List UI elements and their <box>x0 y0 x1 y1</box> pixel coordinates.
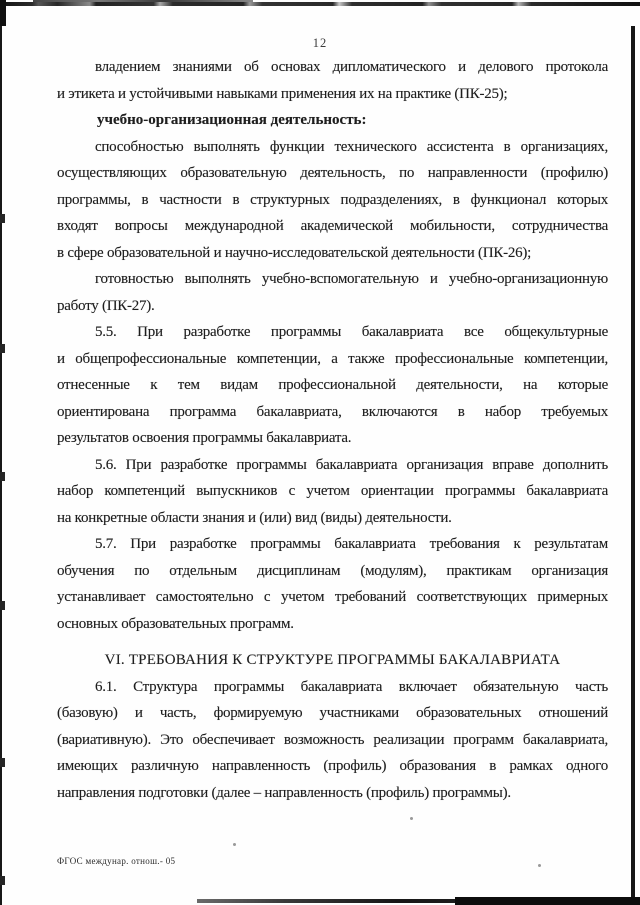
footer-note: ФГОС междунар. отнош.- 05 <box>57 856 175 866</box>
paragraph: 5.7. При разработке программы бакалавриа… <box>57 531 608 637</box>
paragraph: 5.6. При разработке программы бакалавриа… <box>57 452 608 532</box>
bold-subheading: учебно-организационная деятельность: <box>57 107 608 134</box>
scan-speck <box>233 843 236 846</box>
text-line: осуществляющих образовательную деятельно… <box>57 160 608 187</box>
scan-speck <box>410 817 413 820</box>
paragraph: 6.1. Структура программы бакалавриата вк… <box>57 674 608 807</box>
text-line: входят вопросы международной академическ… <box>57 213 608 240</box>
text-line: 5.5. При разработке программы бакалавриа… <box>57 319 608 346</box>
text-line: направления подготовки (далее – направле… <box>57 780 608 807</box>
scan-mark <box>0 472 5 481</box>
text-line: готовностью выполнять учебно-вспомогател… <box>57 266 608 293</box>
paragraph: способностью выполнять функции техническ… <box>57 134 608 267</box>
text-line: способностью выполнять функции техническ… <box>57 134 608 161</box>
paragraph: владением знаниями об основах дипломатич… <box>57 54 608 107</box>
paragraph: 5.5. При разработке программы бакалавриа… <box>57 319 608 452</box>
scan-edge-left <box>0 0 2 905</box>
text-line: 5.6. При разработке программы бакалавриа… <box>57 452 608 479</box>
text-line: обучения по отдельным дисциплинам (модул… <box>57 558 608 585</box>
scan-edge-bottom-dark <box>455 897 640 905</box>
scanned-document-page: 12 владением знаниями об основах диплома… <box>0 0 640 905</box>
scan-edge-top <box>0 2 640 6</box>
text-line: 5.7. При разработке программы бакалавриа… <box>57 531 608 558</box>
scan-mark <box>0 758 5 767</box>
text-line: в сфере образовательной и научно-исследо… <box>57 240 608 267</box>
text-line: 6.1. Структура программы бакалавриата вк… <box>57 674 608 701</box>
scan-edge-left-corner <box>0 0 6 26</box>
text-line: отнесенные к тем видам профессиональной … <box>57 372 608 399</box>
scan-mark <box>0 876 5 885</box>
scan-mark <box>0 214 5 223</box>
section-heading: VI. ТРЕБОВАНИЯ К СТРУКТУРЕ ПРОГРАММЫ БАК… <box>57 647 608 674</box>
paragraph: готовностью выполнять учебно-вспомогател… <box>57 266 608 319</box>
text-line: и этикета и устойчивыми навыками примене… <box>57 81 608 108</box>
scan-speck <box>538 864 541 867</box>
text-line: (базовую) и часть, формируемую участника… <box>57 700 608 727</box>
scan-mark <box>0 601 5 610</box>
text-line: работу (ПК-27). <box>57 293 608 320</box>
text-line: (вариативную). Это обеспечивает возможно… <box>57 727 608 754</box>
text-line: устанавливает самостоятельно с учетом тр… <box>57 584 608 611</box>
scan-edge-right <box>631 26 635 905</box>
page-number: 12 <box>0 36 640 51</box>
text-line: программы, в частности в структурных под… <box>57 187 608 214</box>
text-line: основных образовательных программ. <box>57 611 608 638</box>
scan-edge-top-fragment <box>33 0 253 2</box>
text-line: набор компетенций выпускников с учетом о… <box>57 478 608 505</box>
text-line: на конкретные области знания и (или) вид… <box>57 505 608 532</box>
document-body: владением знаниями об основах дипломатич… <box>57 54 608 806</box>
text-line: имеющих различную направленность (профил… <box>57 753 608 780</box>
scan-mark <box>0 344 5 353</box>
text-line: результатов освоения программы бакалаври… <box>57 425 608 452</box>
text-line: и общепрофессиональные компетенции, а та… <box>57 346 608 373</box>
text-line: владением знаниями об основах дипломатич… <box>57 54 608 81</box>
text-line: ориентирована программа бакалавриата, вк… <box>57 399 608 426</box>
